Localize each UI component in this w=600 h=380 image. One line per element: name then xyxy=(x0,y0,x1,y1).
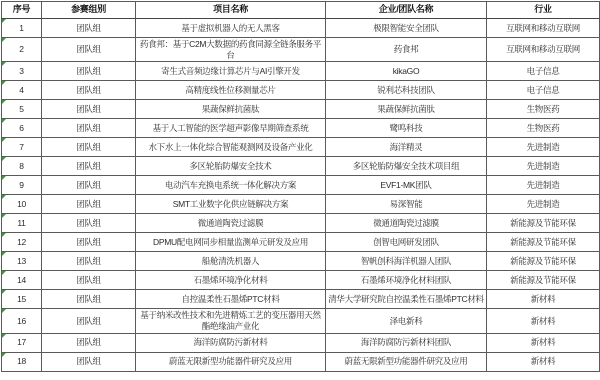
table-row: 12 团队组 DPMU配电网同步相量监测单元研发及应用 创智电网研发团队 新能源… xyxy=(2,233,600,252)
table-row: 8 团队组 多区轮胎防爆安全技术 多区轮胎防爆安全技术项目组 先进制造 xyxy=(2,157,600,176)
excel-error-indicator-icon xyxy=(2,233,6,237)
excel-error-indicator-icon xyxy=(2,38,6,42)
cell-row-number[interactable]: 15 xyxy=(2,290,42,309)
cell-project[interactable]: 微通道陶瓷过滤膜 xyxy=(136,214,326,233)
cell-industry[interactable]: 新能源及节能环保 xyxy=(487,271,600,290)
cell-project[interactable]: 蔚蓝无限新型功能器件研究及应用 xyxy=(136,352,326,371)
excel-error-indicator-icon xyxy=(2,176,6,180)
excel-error-indicator-icon xyxy=(2,195,6,199)
table-row: 14 团队组 石墨烯环境净化材料 石墨烯环境净化材料团队 新能源及节能环保 xyxy=(2,271,600,290)
cell-group[interactable]: 团队组 xyxy=(42,252,136,271)
cell-row-number[interactable]: 14 xyxy=(2,271,42,290)
cell-project[interactable]: DPMU配电网同步相量监测单元研发及应用 xyxy=(136,233,326,252)
table-row: 5 团队组 果蔬保鲜抗菌肽 果蔬保鲜抗菌肽 生物医药 xyxy=(2,100,600,119)
cell-row-number[interactable]: 10 xyxy=(2,195,42,214)
cell-company[interactable]: 鹭鸣科技 xyxy=(326,119,487,138)
row-number-text: 10 xyxy=(17,199,26,209)
cell-company[interactable]: 极限智能安全团队 xyxy=(326,19,487,38)
excel-error-indicator-icon xyxy=(2,19,6,23)
cell-project[interactable]: SMT工业数字化供应链解决方案 xyxy=(136,195,326,214)
cell-group[interactable]: 团队组 xyxy=(42,119,136,138)
cell-row-number[interactable]: 16 xyxy=(2,309,42,333)
cell-company[interactable]: EVF1-MK团队 xyxy=(326,176,487,195)
excel-error-indicator-icon xyxy=(2,353,6,357)
excel-error-indicator-icon xyxy=(2,214,6,218)
cell-row-number[interactable]: 8 xyxy=(2,157,42,176)
header-cell-project[interactable]: 项目名称 xyxy=(136,2,326,19)
cell-group[interactable]: 团队组 xyxy=(42,81,136,100)
cell-row-number[interactable]: 11 xyxy=(2,214,42,233)
cell-industry[interactable]: 生物医药 xyxy=(487,119,600,138)
row-number-text: 17 xyxy=(17,337,26,347)
excel-error-indicator-icon xyxy=(2,62,6,66)
cell-company[interactable]: 药食邦 xyxy=(326,38,487,62)
cell-group[interactable]: 团队组 xyxy=(42,138,136,157)
cell-company[interactable]: 易深智能 xyxy=(326,195,487,214)
cell-company[interactable]: 果蔬保鲜抗菌肽 xyxy=(326,100,487,119)
row-number-text: 11 xyxy=(17,218,25,228)
cell-industry[interactable]: 新材料 xyxy=(487,309,600,333)
cell-row-number[interactable]: 3 xyxy=(2,62,42,81)
cell-group[interactable]: 团队组 xyxy=(42,176,136,195)
table-row: 13 团队组 船舱清洗机器人 智帆创科海洋机器人团队 新能源及节能环保 xyxy=(2,252,600,271)
row-number-text: 13 xyxy=(17,256,26,266)
header-row: 序号 参赛组别 项目名称 企业/团队名称 行业 xyxy=(2,2,600,19)
cell-project[interactable]: 基于纳米改性技术和先进精炼工艺的变压器用天然酯绝缘油产业化 xyxy=(136,309,326,333)
cell-project[interactable]: 自控温柔性石墨烯PTC材料 xyxy=(136,290,326,309)
table-row: 9 团队组 电动汽车充换电系统一体化解决方案 EVF1-MK团队 先进制造 xyxy=(2,176,600,195)
row-number-text: 1 xyxy=(19,23,23,33)
header-cell-industry[interactable]: 行业 xyxy=(487,2,600,19)
cell-group[interactable]: 团队组 xyxy=(42,100,136,119)
cell-industry[interactable]: 先进制造 xyxy=(487,138,600,157)
row-number-text: 8 xyxy=(19,161,23,171)
table-row: 7 团队组 水下水上一体化综合智能观测网及设备产业化 海洋精灵 先进制造 xyxy=(2,138,600,157)
row-number-text: 3 xyxy=(19,66,23,76)
row-number-text: 5 xyxy=(19,104,23,114)
cell-project[interactable]: 水下水上一体化综合智能观测网及设备产业化 xyxy=(136,138,326,157)
cell-industry[interactable]: 先进制造 xyxy=(487,195,600,214)
cell-project[interactable]: 多区轮胎防爆安全技术 xyxy=(136,157,326,176)
cell-row-number[interactable]: 2 xyxy=(2,38,42,62)
cell-group[interactable]: 团队组 xyxy=(42,214,136,233)
row-number-text: 15 xyxy=(17,294,26,304)
cell-industry[interactable]: 生物医药 xyxy=(487,100,600,119)
header-cell-no[interactable]: 序号 xyxy=(2,2,42,19)
cell-industry[interactable]: 互联网和移动互联网 xyxy=(487,19,600,38)
cell-industry[interactable]: 新材料 xyxy=(487,290,600,309)
excel-error-indicator-icon xyxy=(2,252,6,256)
cell-row-number[interactable]: 9 xyxy=(2,176,42,195)
cell-company[interactable]: 创智电网研发团队 xyxy=(326,233,487,252)
cell-project[interactable]: 石墨烯环境净化材料 xyxy=(136,271,326,290)
cell-group[interactable]: 团队组 xyxy=(42,38,136,62)
table-row: 18 团队组 蔚蓝无限新型功能器件研究及应用 蔚蓝无限新型功能器件研究及应用 新… xyxy=(2,352,600,371)
cell-industry[interactable]: 新能源及节能环保 xyxy=(487,233,600,252)
cell-group[interactable]: 团队组 xyxy=(42,195,136,214)
cell-company[interactable]: 锐利芯科技团队 xyxy=(326,81,487,100)
cell-row-number[interactable]: 4 xyxy=(2,81,42,100)
cell-group[interactable]: 团队组 xyxy=(42,62,136,81)
cell-industry[interactable]: 新能源及节能环保 xyxy=(487,214,600,233)
table-row: 6 团队组 基于人工智能的医学超声影像早期筛查系统 鹭鸣科技 生物医药 xyxy=(2,119,600,138)
cell-company[interactable]: 微通道陶瓷过滤膜 xyxy=(326,214,487,233)
table-row: 15 团队组 自控温柔性石墨烯PTC材料 清华大学研究院自控温柔性石墨烯PTC材… xyxy=(2,290,600,309)
cell-group[interactable]: 团队组 xyxy=(42,309,136,333)
row-number-text: 12 xyxy=(17,237,26,247)
cell-project[interactable]: 海洋防腐防污新材料 xyxy=(136,333,326,352)
row-number-text: 9 xyxy=(19,180,23,190)
excel-error-indicator-icon xyxy=(2,119,6,123)
cell-project[interactable]: 药食邦：基于C2M大数据的药食同源全链条服务平台 xyxy=(136,38,326,62)
table-row: 1 团队组 基于虚拟机器人的无人黑客 极限智能安全团队 互联网和移动互联网 xyxy=(2,19,600,38)
cell-industry[interactable]: 先进制造 xyxy=(487,157,600,176)
cell-company[interactable]: 多区轮胎防爆安全技术项目组 xyxy=(326,157,487,176)
cell-project[interactable]: 电动汽车充换电系统一体化解决方案 xyxy=(136,176,326,195)
cell-industry[interactable]: 互联网和移动互联网 xyxy=(487,38,600,62)
row-number-text: 2 xyxy=(19,44,23,54)
cell-row-number[interactable]: 7 xyxy=(2,138,42,157)
cell-company[interactable]: 海洋防腐防污新材料团队 xyxy=(326,333,487,352)
table-row: 4 团队组 高精度线性位移测量芯片 锐利芯科技团队 电子信息 xyxy=(2,81,600,100)
excel-error-indicator-icon xyxy=(2,334,6,338)
cell-row-number[interactable]: 18 xyxy=(2,352,42,371)
cell-row-number[interactable]: 12 xyxy=(2,233,42,252)
row-number-text: 7 xyxy=(19,142,23,152)
cell-industry[interactable]: 新材料 xyxy=(487,333,600,352)
cell-project[interactable]: 高精度线性位移测量芯片 xyxy=(136,81,326,100)
cell-industry[interactable]: 电子信息 xyxy=(487,62,600,81)
cell-company[interactable]: 智帆创科海洋机器人团队 xyxy=(326,252,487,271)
cell-row-number[interactable]: 13 xyxy=(2,252,42,271)
cell-project[interactable]: 果蔬保鲜抗菌肽 xyxy=(136,100,326,119)
header-cell-company[interactable]: 企业/团队名称 xyxy=(326,2,487,19)
excel-error-indicator-icon xyxy=(2,138,6,142)
cell-company[interactable]: 蔚蓝无限新型功能器件研究及应用 xyxy=(326,352,487,371)
table-row: 11 团队组 微通道陶瓷过滤膜 微通道陶瓷过滤膜 新能源及节能环保 xyxy=(2,214,600,233)
cell-industry[interactable]: 新能源及节能环保 xyxy=(487,252,600,271)
cell-row-number[interactable]: 17 xyxy=(2,333,42,352)
cell-group[interactable]: 团队组 xyxy=(42,157,136,176)
spreadsheet-table-region: 序号 参赛组别 项目名称 企业/团队名称 行业 1 团队组 基于虚拟机器人的无人… xyxy=(1,1,599,372)
cell-row-number[interactable]: 1 xyxy=(2,19,42,38)
excel-error-indicator-icon xyxy=(2,100,6,104)
cell-company[interactable]: 海洋精灵 xyxy=(326,138,487,157)
row-number-text: 4 xyxy=(19,85,23,95)
row-number-text: 6 xyxy=(19,123,23,133)
table-row: 16 团队组 基于纳米改性技术和先进精炼工艺的变压器用天然酯绝缘油产业化 泽电新… xyxy=(2,309,600,333)
cell-company[interactable]: 石墨烯环境净化材料团队 xyxy=(326,271,487,290)
header-cell-group[interactable]: 参赛组别 xyxy=(42,2,136,19)
cell-project[interactable]: 船舱清洗机器人 xyxy=(136,252,326,271)
projects-table: 序号 参赛组别 项目名称 企业/团队名称 行业 1 团队组 基于虚拟机器人的无人… xyxy=(1,1,600,372)
excel-error-indicator-icon xyxy=(2,290,6,294)
cell-company[interactable]: kikaGO xyxy=(326,62,487,81)
cell-project[interactable]: 基于人工智能的医学超声影像早期筛查系统 xyxy=(136,119,326,138)
cell-group[interactable]: 团队组 xyxy=(42,290,136,309)
cell-project[interactable]: 基于虚拟机器人的无人黑客 xyxy=(136,19,326,38)
excel-error-indicator-icon xyxy=(2,81,6,85)
table-row: 3 团队组 寄生式音频边缘计算芯片与AI引擎开发 kikaGO 电子信息 xyxy=(2,62,600,81)
cell-company[interactable]: 泽电新科 xyxy=(326,309,487,333)
excel-error-indicator-icon xyxy=(2,157,6,161)
cell-row-number[interactable]: 5 xyxy=(2,100,42,119)
table-body: 1 团队组 基于虚拟机器人的无人黑客 极限智能安全团队 互联网和移动互联网 2 … xyxy=(2,19,600,372)
cell-industry[interactable]: 电子信息 xyxy=(487,81,600,100)
table-row: 17 团队组 海洋防腐防污新材料 海洋防腐防污新材料团队 新材料 xyxy=(2,333,600,352)
cell-group[interactable]: 团队组 xyxy=(42,271,136,290)
cell-company[interactable]: 清华大学研究院自控温柔性石墨烯PTC材料 xyxy=(326,290,487,309)
cell-group[interactable]: 团队组 xyxy=(42,233,136,252)
row-number-text: 18 xyxy=(17,356,26,366)
cell-group[interactable]: 团队组 xyxy=(42,333,136,352)
cell-group[interactable]: 团队组 xyxy=(42,352,136,371)
excel-error-indicator-icon xyxy=(2,309,6,313)
table-row: 2 团队组 药食邦：基于C2M大数据的药食同源全链条服务平台 药食邦 互联网和移… xyxy=(2,38,600,62)
cell-group[interactable]: 团队组 xyxy=(42,19,136,38)
cell-row-number[interactable]: 6 xyxy=(2,119,42,138)
row-number-text: 14 xyxy=(17,275,26,285)
cell-industry[interactable]: 新材料 xyxy=(487,352,600,371)
table-header: 序号 参赛组别 项目名称 企业/团队名称 行业 xyxy=(2,2,600,19)
row-number-text: 16 xyxy=(17,316,26,326)
cell-industry[interactable]: 先进制造 xyxy=(487,176,600,195)
table-row: 10 团队组 SMT工业数字化供应链解决方案 易深智能 先进制造 xyxy=(2,195,600,214)
excel-error-indicator-icon xyxy=(2,271,6,275)
cell-project[interactable]: 寄生式音频边缘计算芯片与AI引擎开发 xyxy=(136,62,326,81)
